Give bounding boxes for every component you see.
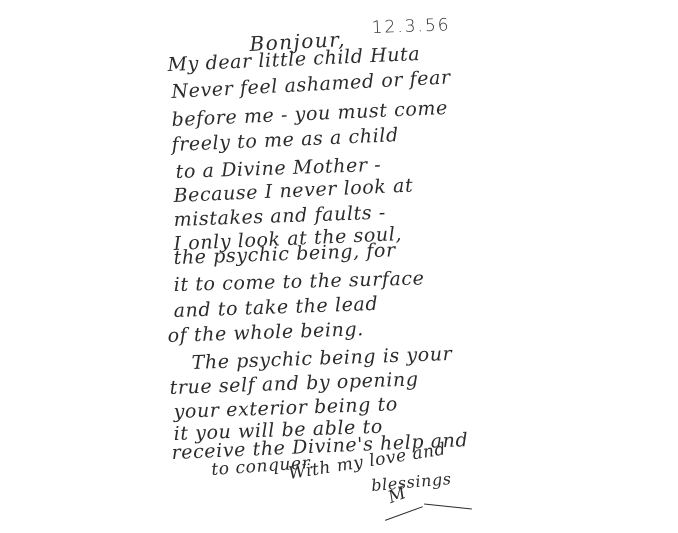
letter-line: before me - you must come <box>171 99 448 130</box>
closing-line: blessings <box>371 471 453 494</box>
letter-date: 12.3.56 <box>371 17 450 37</box>
handwritten-letter: 12.3.56 Bonjour, My dear little child Hu… <box>0 0 678 533</box>
letter-line: and to take the lead <box>173 295 378 321</box>
letter-line: the psychic being, for <box>173 241 396 268</box>
letter-line: of the whole being. <box>167 320 364 346</box>
signature-underline <box>424 503 472 509</box>
signature-underline <box>385 506 423 521</box>
letter-line: it to come to the surface <box>174 269 425 295</box>
letter-line: freely to me as a child <box>171 126 399 155</box>
